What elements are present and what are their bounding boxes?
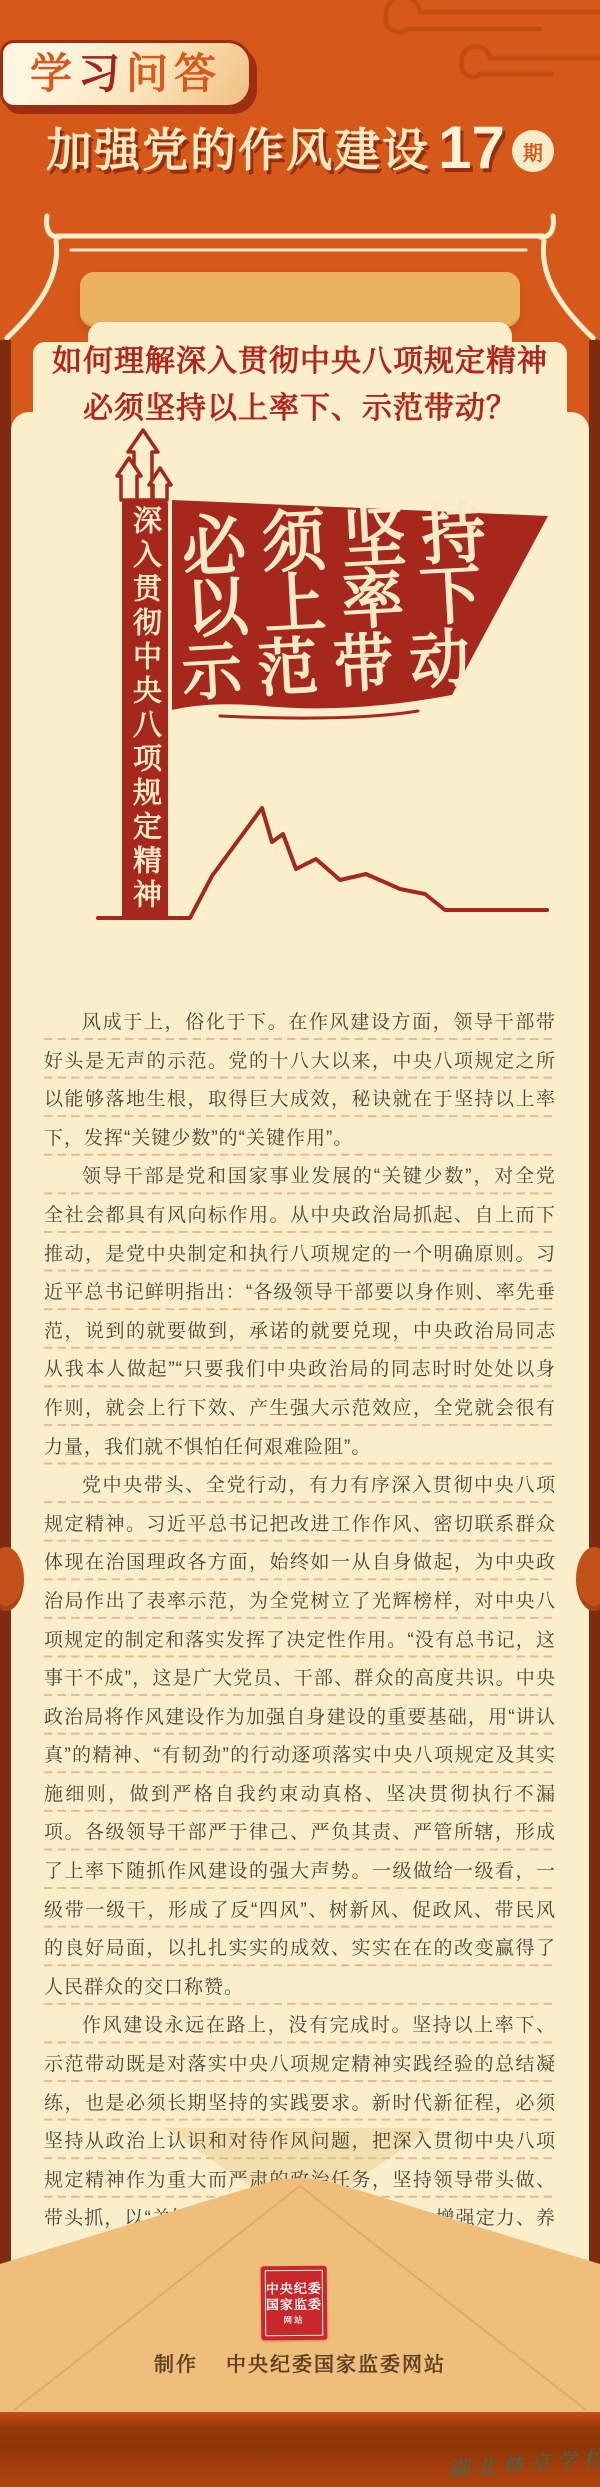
credit-label: 制作 (154, 2354, 198, 2376)
cloud-icon (300, 0, 600, 110)
poster-canvas: 学习问答 加强党的作风建设 17 期 如何理解深入贯彻中央八项规定精神 必须坚持… (0, 0, 600, 2487)
motion-line (220, 711, 418, 718)
series-badge: 学习问答 (0, 40, 252, 108)
official-seal: 中央纪委 国家监委 网站 (261, 2266, 328, 2341)
badge-text: 习 (78, 53, 126, 95)
badge-text: 学 (30, 53, 78, 95)
scroll-roller (80, 272, 520, 327)
seal-text-line-1: 中央纪委 (266, 2280, 322, 2296)
page-title: 加强党的作风建设 (46, 125, 430, 176)
scroll-edge-right (589, 340, 600, 2412)
paragraph: 领导干部是党和国家事业发展的“关键少数”，对全党全社会都具有风向标作用。从中央政… (44, 1158, 556, 1467)
title-row: 加强党的作风建设 17 期 (0, 120, 600, 175)
credit-value: 中央纪委国家监委网站 (226, 2354, 446, 2376)
credit-line: 制作中央纪委国家监委网站 (0, 2348, 600, 2377)
issue-unit-badge: 期 (512, 130, 554, 172)
question-line-2: 必须坚持以上率下、示范带动？ (30, 385, 570, 432)
vertical-banner-text: 深入贯彻中央八项规定精神 (122, 505, 168, 913)
flag-illustration: 深入贯彻中央八项规定精神 必须坚持 以上率下 示范带动 (50, 428, 550, 1020)
scroll-edge-left (0, 340, 11, 2412)
seal-text-line-3: 网站 (284, 2314, 305, 2325)
official-seal-border: 中央纪委 国家监委 网站 (265, 2270, 324, 2337)
paragraph: 党中央带头、全党行动，有力有序深入贯彻中央八项规定精神。习近平总书记把改进工作作… (44, 1467, 556, 2007)
seal-text-line-2: 国家监委 (266, 2296, 322, 2312)
issue-number: 17 (438, 120, 505, 175)
up-arrow-icon (117, 430, 171, 500)
question-heading: 如何理解深入贯彻中央八项规定精神 必须坚持以上率下、示范带动？ (30, 338, 570, 432)
question-line-1: 如何理解深入贯彻中央八项规定精神 (30, 338, 570, 385)
vertical-banner: 深入贯彻中央八项规定精神 (122, 500, 168, 918)
badge-text: 问答 (126, 53, 222, 95)
paragraph: 风成于上，俗化于下。在作风建设方面，领导干部带好头是无声的示范。党的十八大以来，… (44, 1004, 556, 1158)
article-body: 风成于上，俗化于下。在作风建设方面，领导干部带好头是无声的示范。党的十八大以来，… (44, 1004, 556, 2204)
issue-unit-label: 期 (523, 137, 543, 166)
